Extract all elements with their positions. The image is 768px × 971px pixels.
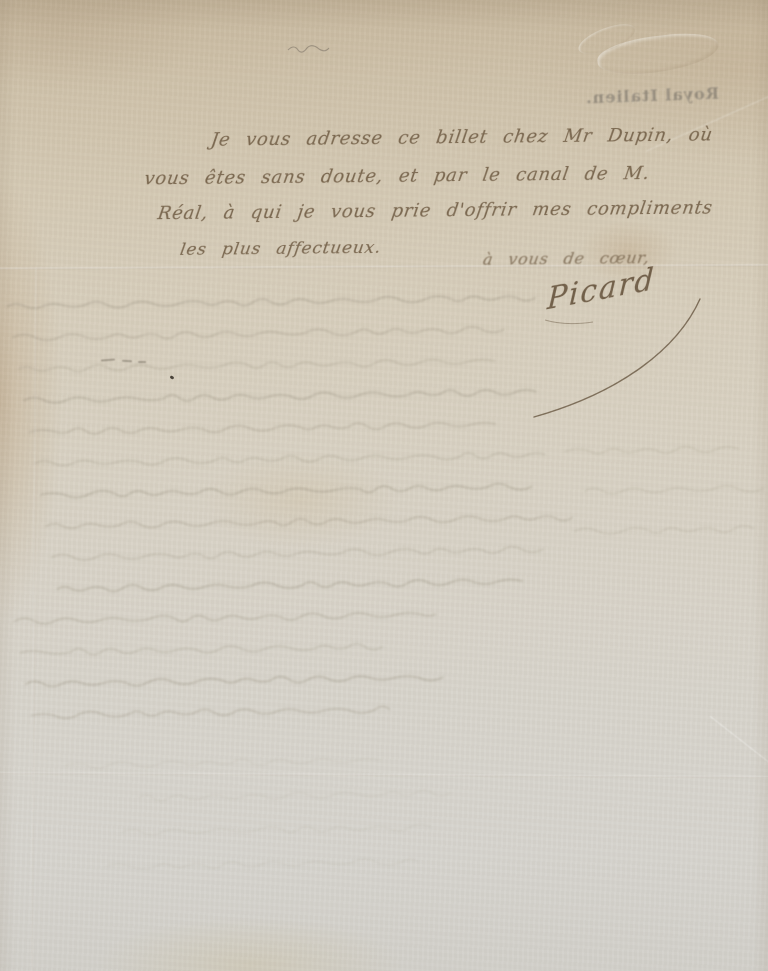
letter-photo: Royal Italien. Je vous adresse ce billet… bbox=[0, 0, 768, 971]
letter-line: Réal, à qui je vous prie d'offrir mes co… bbox=[156, 198, 714, 225]
letter-line: vous êtes sans doute, et par le canal de… bbox=[143, 163, 651, 189]
letter-line: Je vous adresse ce billet chez Mr Dupin,… bbox=[209, 125, 714, 151]
letter-body: Je vous adresse ce billet chez Mr Dupin,… bbox=[0, 0, 768, 971]
ink-smudge bbox=[138, 361, 146, 363]
signature: Picard bbox=[546, 261, 656, 317]
letter-line: les plus affectueux. bbox=[179, 238, 383, 260]
